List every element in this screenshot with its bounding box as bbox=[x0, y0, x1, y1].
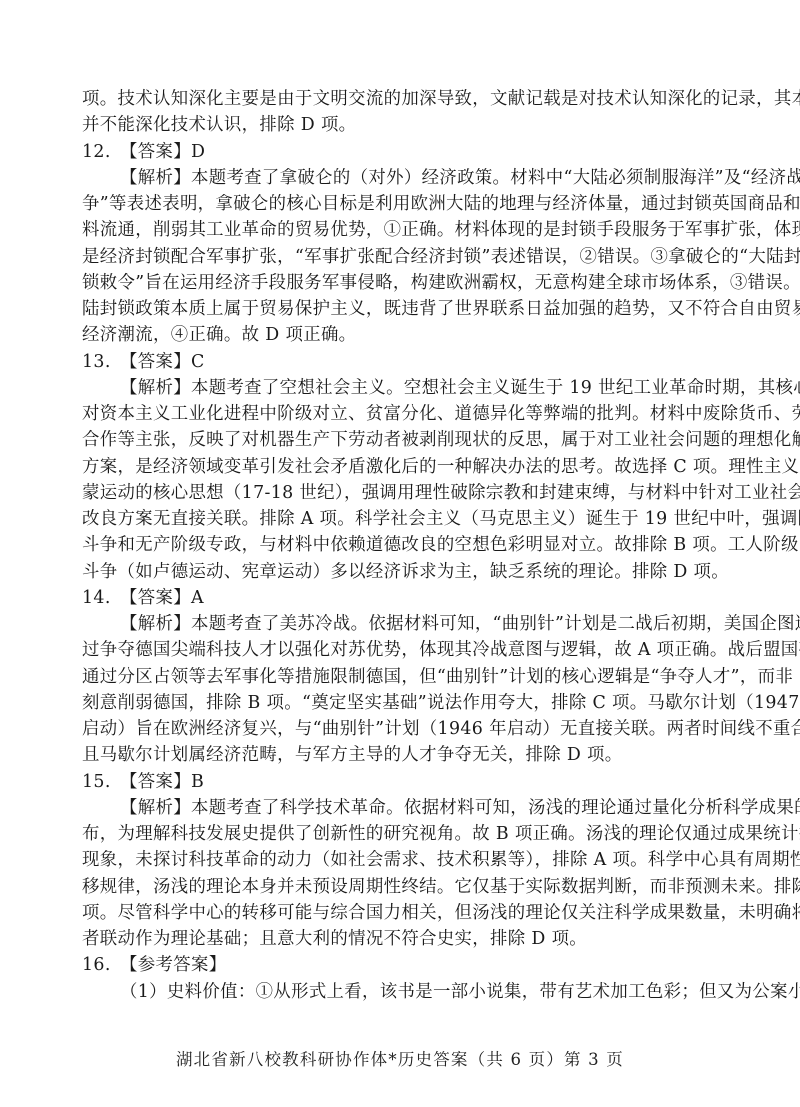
document-body: 项。技术认知深化主要是由于文明交流的加深导致，文献记载是对技术认知深化的记录，其… bbox=[82, 86, 722, 1005]
answer-heading-16: 16.【参考答案】 bbox=[82, 952, 722, 978]
answer-heading-12: 12.【答案】D bbox=[82, 139, 722, 165]
text-line: 对资本主义工业化进程中阶级对立、贫富分化、道德异化等弊端的批判。材料中废除货币、… bbox=[82, 401, 722, 427]
analysis-line: 【解析】本题考查了拿破仑的（对外）经济政策。材料中“大陆必须制服海洋”及“经济战 bbox=[82, 165, 722, 191]
text-line: 锁敕令”旨在运用经济手段服务军事侵略，构建欧洲霸权，无意构建全球市场体系，③错误… bbox=[82, 270, 722, 296]
question-number: 16. bbox=[82, 952, 120, 978]
text-line: 经济潮流，④正确。故 D 项正确。 bbox=[82, 322, 722, 348]
text-line: 争”等表述表明，拿破仑的核心目标是利用欧洲大陆的地理与经济体量，通过封锁英国商品… bbox=[82, 191, 722, 217]
question-number: 15. bbox=[82, 769, 120, 795]
text-line: 现象，未探讨科技革命的动力（如社会需求、技术积累等），排除 A 项。科学中心具有… bbox=[82, 847, 722, 873]
analysis-line: 【解析】本题考查了美苏冷战。依据材料可知，“曲别针”计划是二战后初期，美国企图通 bbox=[82, 611, 722, 637]
text-line: 过争夺德国尖端科技人才以强化对苏优势，体现其冷战意图与逻辑，故 A 项正确。战后… bbox=[82, 637, 722, 663]
text-line: 移规律，汤浅的理论本身并未预设周期性终结。它仅基于实际数据判断，而非预测未来。排… bbox=[82, 874, 722, 900]
answer-heading-14: 14.【答案】A bbox=[82, 585, 722, 611]
text-line: 且马歇尔计划属经济范畴，与军方主导的人才争夺无关，排除 D 项。 bbox=[82, 742, 722, 768]
question-number: 14. bbox=[82, 585, 120, 611]
text-line: 项。技术认知深化主要是由于文明交流的加深导致，文献记载是对技术认知深化的记录，其… bbox=[82, 86, 722, 112]
text-line: 并不能深化技术认识，排除 D 项。 bbox=[82, 112, 722, 138]
answer-label: 【答案】B bbox=[120, 772, 204, 792]
text-line: 者联动作为理论基础；且意大利的情况不符合史实，排除 D 项。 bbox=[82, 926, 722, 952]
text-line: 刻意削弱德国，排除 B 项。“奠定坚实基础”说法作用夸大，排除 C 项。马歇尔计… bbox=[82, 690, 722, 716]
text-line: 布，为理解科技发展史提供了创新性的研究视角。故 B 项正确。汤浅的理论仅通过成果… bbox=[82, 821, 722, 847]
answer-label: 【答案】D bbox=[120, 142, 205, 162]
answer-label: 【答案】C bbox=[120, 352, 205, 372]
text-line: 斗争和无产阶级专政，与材料中依赖道德改良的空想色彩明显对立。故排除 B 项。工人… bbox=[82, 532, 722, 558]
text-line: 陆封锁政策本质上属于贸易保护主义，既违背了世界联系日益加强的趋势，又不符合自由贸… bbox=[82, 296, 722, 322]
text-line: 蒙运动的核心思想（17-18 世纪），强调用理性破除宗教和封建束缚，与材料中针对… bbox=[82, 480, 722, 506]
answer-heading-13: 13.【答案】C bbox=[82, 349, 722, 375]
text-line: 斗争（如卢德运动、宪章运动）多以经济诉求为主，缺乏系统的理论。排除 D 项。 bbox=[82, 559, 722, 585]
answer-label: 【答案】A bbox=[120, 588, 204, 608]
text-line: 通过分区占领等去军事化等措施限制德国，但“曲别针”计划的核心逻辑是“争夺人才”，… bbox=[82, 664, 722, 690]
text-line: 方案，是经济领域变革引发社会矛盾激化后的一种解决办法的思考。故选择 C 项。理性… bbox=[82, 454, 722, 480]
text-line: 合作等主张，反映了对机器生产下劳动者被剥削现状的反思，属于对工业社会问题的理想化… bbox=[82, 427, 722, 453]
question-number: 13. bbox=[82, 349, 120, 375]
text-line: 料流通，削弱其工业革命的贸易优势，①正确。材料体现的是封锁手段服务于军事扩张，体… bbox=[82, 217, 722, 243]
text-line: 项。尽管科学中心的转移可能与综合国力相关，但汤浅的理论仅关注科学成果数量，未明确… bbox=[82, 900, 722, 926]
analysis-line: 【解析】本题考查了科学技术革命。依据材料可知，汤浅的理论通过量化分析科学成果的分 bbox=[82, 795, 722, 821]
analysis-line: 【解析】本题考查了空想社会主义。空想社会主义诞生于 19 世纪工业革命时期，其核… bbox=[82, 375, 722, 401]
answer-heading-15: 15.【答案】B bbox=[82, 769, 722, 795]
text-line: 启动）旨在欧洲经济复兴，与“曲别针”计划（1946 年启动）无直接关联。两者时间… bbox=[82, 716, 722, 742]
page-footer: 湖北省新八校教科研协作体*历史答案（共 6 页）第 3 页 bbox=[0, 1046, 800, 1070]
text-line: 是经济封锁配合军事扩张，“军事扩张配合经济封锁”表述错误，②错误。③拿破仑的“大… bbox=[82, 244, 722, 270]
question-number: 12. bbox=[82, 139, 120, 165]
analysis-line: （1）史料价值：①从形式上看，该书是一部小说集，带有艺术加工色彩；但又为公案小说… bbox=[82, 979, 722, 1005]
text-line: 改良方案无直接关联。排除 A 项。科学社会主义（马克思主义）诞生于 19 世纪中… bbox=[82, 506, 722, 532]
answer-label: 【参考答案】 bbox=[120, 955, 226, 975]
